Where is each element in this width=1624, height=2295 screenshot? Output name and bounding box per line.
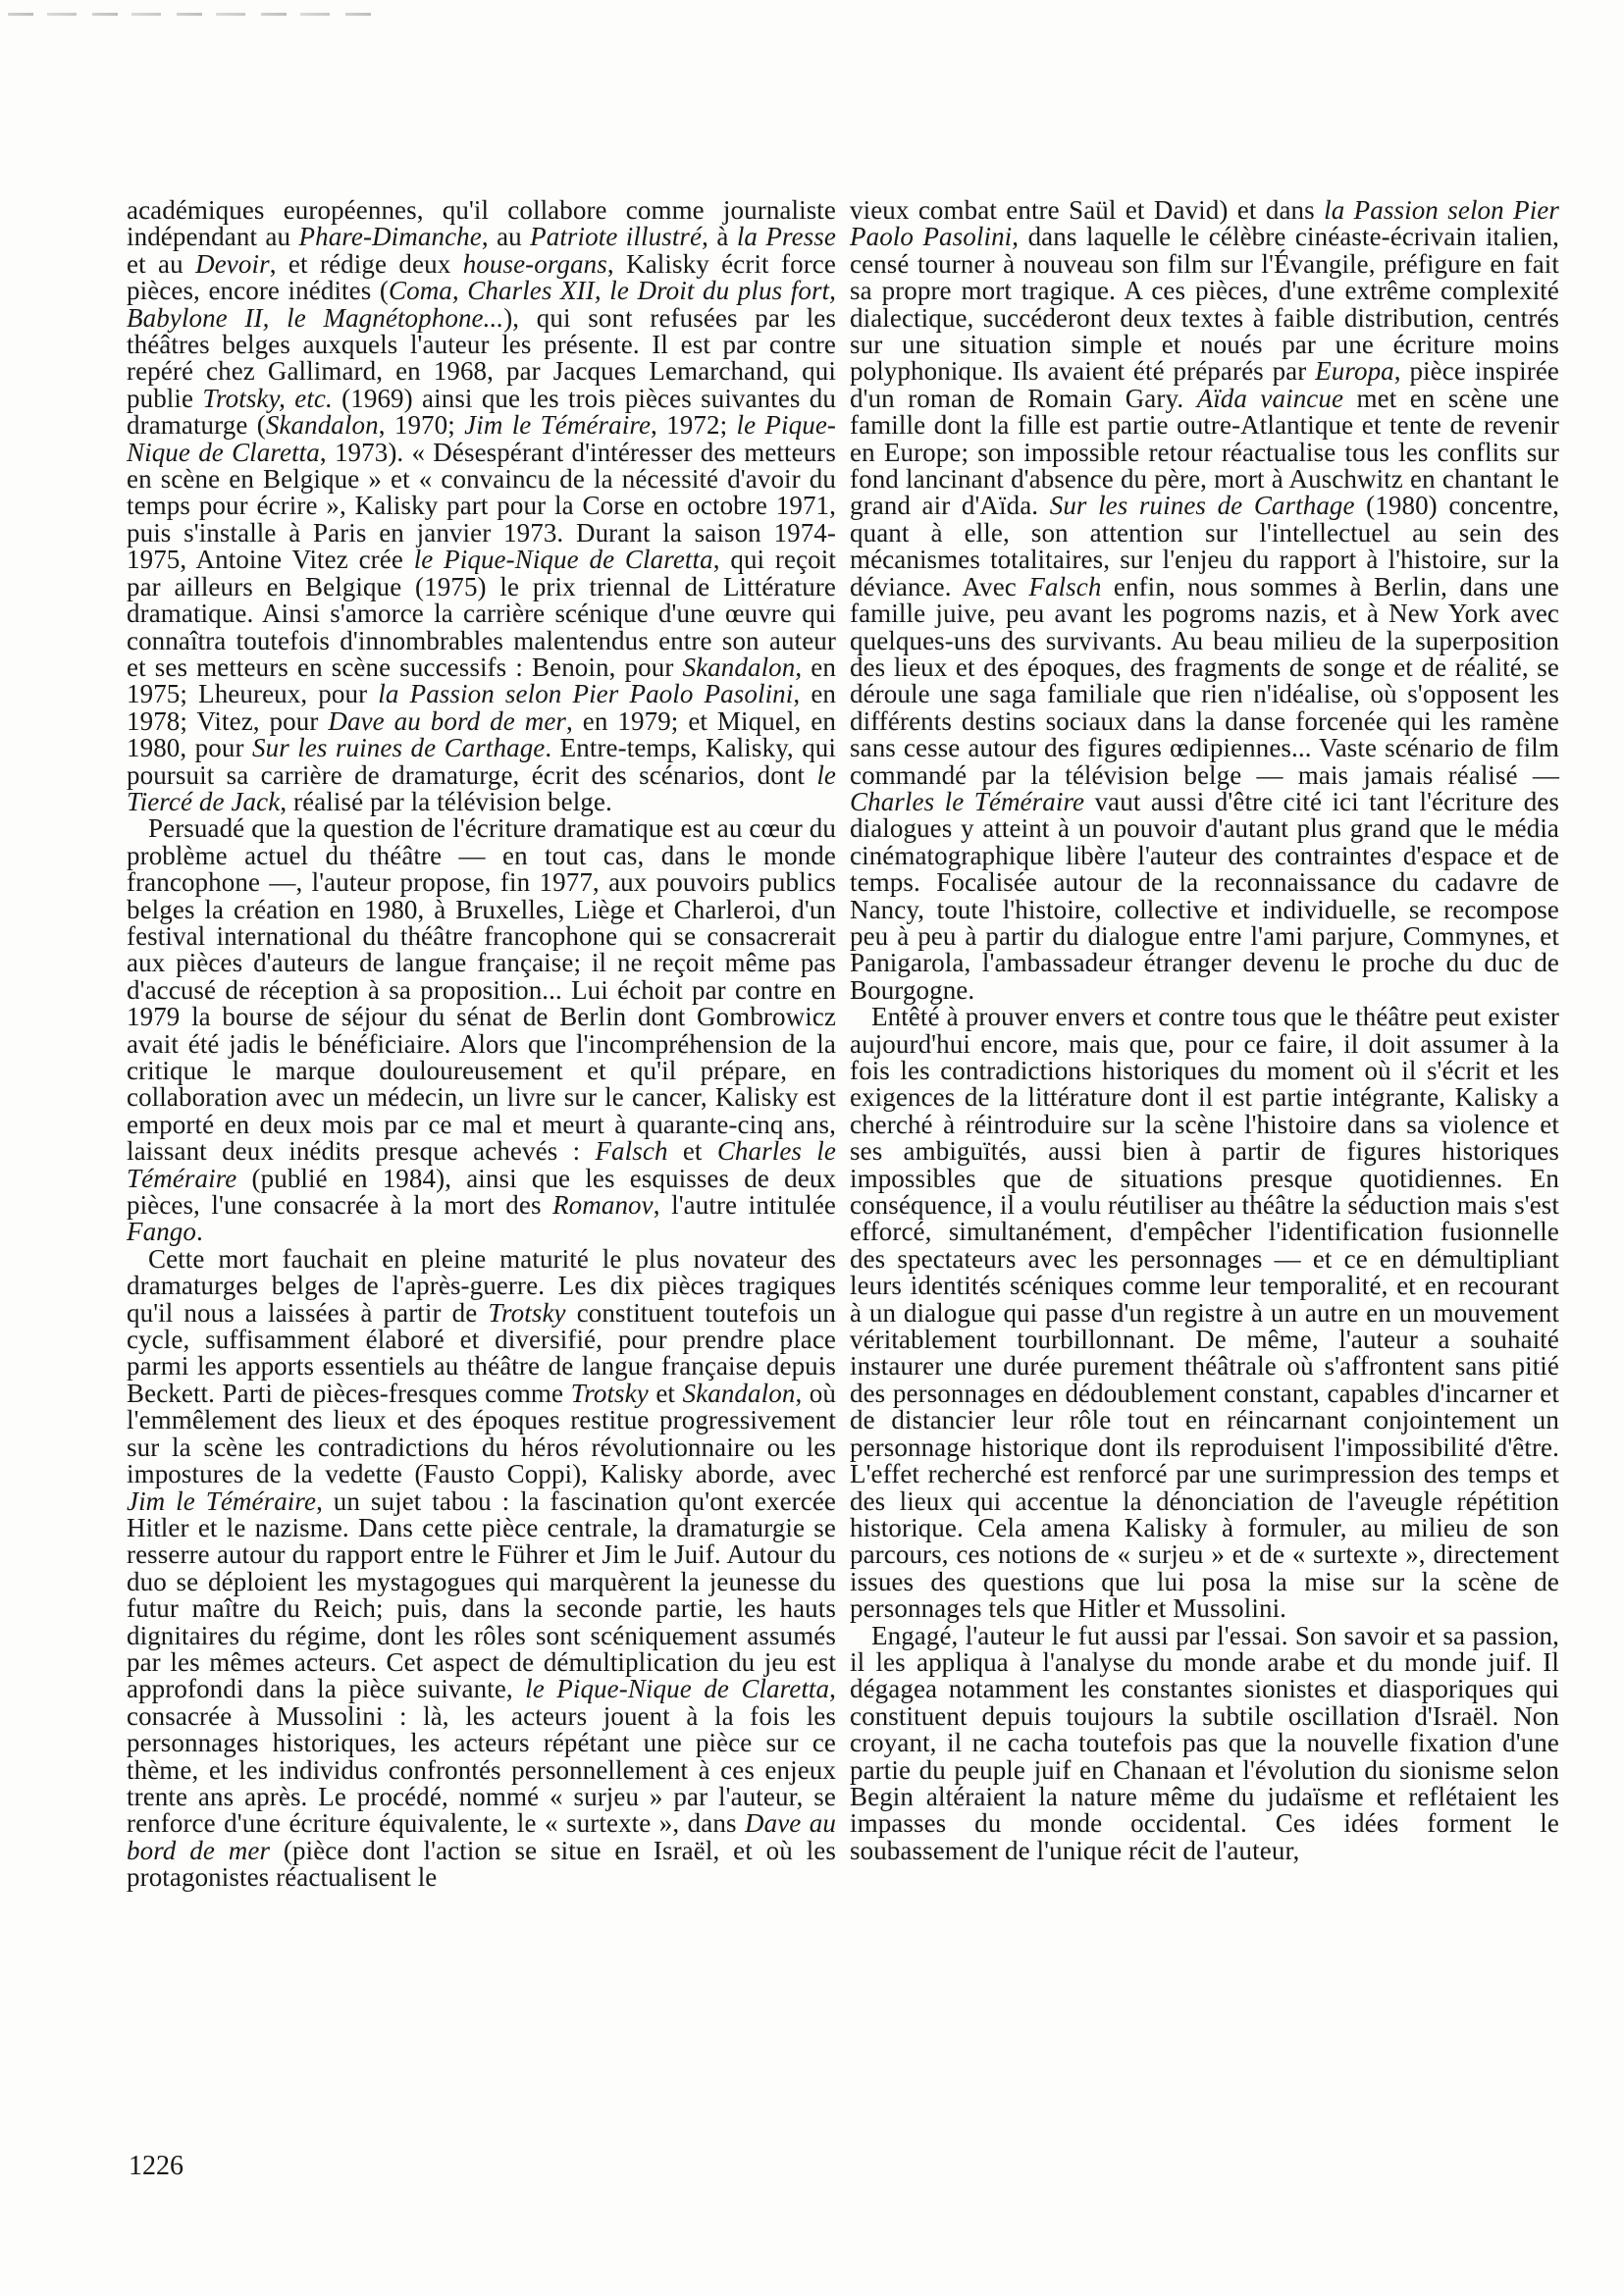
italic-title-text: Skandalon bbox=[683, 1379, 796, 1408]
italic-title-text: Falsch bbox=[595, 1136, 667, 1166]
italic-title-text: Jim le Téméraire bbox=[127, 1487, 316, 1516]
italic-title-text: Trotsky, etc. bbox=[202, 384, 332, 413]
italic-title-text: le Pique-Nique de Claretta bbox=[525, 1674, 829, 1703]
body-text: , l'autre intitulée bbox=[654, 1190, 836, 1220]
italic-title-text: house-organs bbox=[463, 249, 607, 279]
italic-title-text: le Pique-Nique de Claretta bbox=[414, 545, 713, 574]
italic-title-text: Fango bbox=[127, 1217, 196, 1246]
body-text: vaut aussi d'être cité ici tant l'écritu… bbox=[850, 787, 1559, 1005]
paragraph: Engagé, l'auteur le fut aussi par l'essa… bbox=[850, 1623, 1559, 1865]
body-text: , 1972; bbox=[651, 410, 736, 440]
paragraph: vieux combat entre Saül et David) et dan… bbox=[850, 197, 1559, 1004]
body-text: Engagé, l'auteur le fut aussi par l'essa… bbox=[850, 1621, 1559, 1865]
italic-title-text: Falsch bbox=[1028, 572, 1101, 601]
italic-title-text: Dave au bord de mer bbox=[328, 706, 566, 736]
italic-title-text: Sur les ruines de Carthage bbox=[252, 733, 545, 762]
scanned-document-page: académiques européennes, qu'il collabore… bbox=[0, 0, 1624, 2295]
body-text: , un sujet tabou : la fascination qu'ont… bbox=[127, 1487, 836, 1704]
italic-title-text: Romanov bbox=[552, 1190, 654, 1220]
italic-title-text: Charles le Téméraire bbox=[850, 787, 1084, 816]
italic-title-text: Trotsky bbox=[488, 1298, 565, 1328]
italic-title-text: la Presse bbox=[737, 222, 836, 251]
body-text: Persuadé que la question de l'écriture d… bbox=[127, 813, 836, 1166]
italic-title-text: Phare-Dimanche bbox=[299, 222, 482, 251]
italic-title-text: Aïda vaincue bbox=[1197, 384, 1343, 413]
body-text: , réalisé par la télévision belge. bbox=[280, 787, 612, 816]
body-text: enfin, nous sommes à Berlin, dans une fa… bbox=[850, 572, 1559, 790]
italic-title-text: Devoir bbox=[195, 249, 270, 279]
body-text: Entêté à prouver envers et contre tous q… bbox=[850, 1002, 1559, 1623]
italic-title-text: Europa bbox=[1315, 356, 1394, 386]
body-text: et au bbox=[127, 249, 195, 279]
body-text: , et rédige deux bbox=[270, 249, 463, 279]
paragraph: académiques européennes, qu'il collabore… bbox=[127, 197, 836, 815]
body-text: . bbox=[196, 1217, 203, 1246]
paragraph: Entêté à prouver envers et contre tous q… bbox=[850, 1004, 1559, 1622]
italic-title-text: la Passion selon Pier Paolo Pasolini bbox=[378, 679, 793, 708]
italic-title-text: Skandalon bbox=[682, 652, 795, 682]
italic-title-text: Trotsky bbox=[571, 1379, 649, 1408]
italic-title-text: Sur les ruines de Carthage bbox=[1050, 491, 1355, 520]
paragraph: Persuadé que la question de l'écriture d… bbox=[127, 815, 836, 1246]
body-text: vieux combat entre Saül et David) et dan… bbox=[850, 195, 1324, 225]
body-text: , à bbox=[702, 222, 737, 251]
italic-title-text: Skandalon bbox=[266, 410, 379, 440]
italic-title-text: Jim le Téméraire bbox=[464, 410, 651, 440]
body-text: , au bbox=[482, 222, 530, 251]
body-text: et bbox=[649, 1379, 683, 1408]
paragraph: Cette mort fauchait en pleine maturité l… bbox=[127, 1246, 836, 1892]
scan-artifact-line bbox=[8, 13, 381, 16]
text-column-left: académiques européennes, qu'il collabore… bbox=[127, 197, 836, 1892]
italic-title-text: Patriote illustré bbox=[530, 222, 702, 251]
page-number: 1226 bbox=[129, 2152, 183, 2181]
body-text: et bbox=[668, 1136, 717, 1166]
body-text: , 1970; bbox=[379, 410, 464, 440]
text-column-right: vieux combat entre Saül et David) et dan… bbox=[850, 197, 1559, 1864]
